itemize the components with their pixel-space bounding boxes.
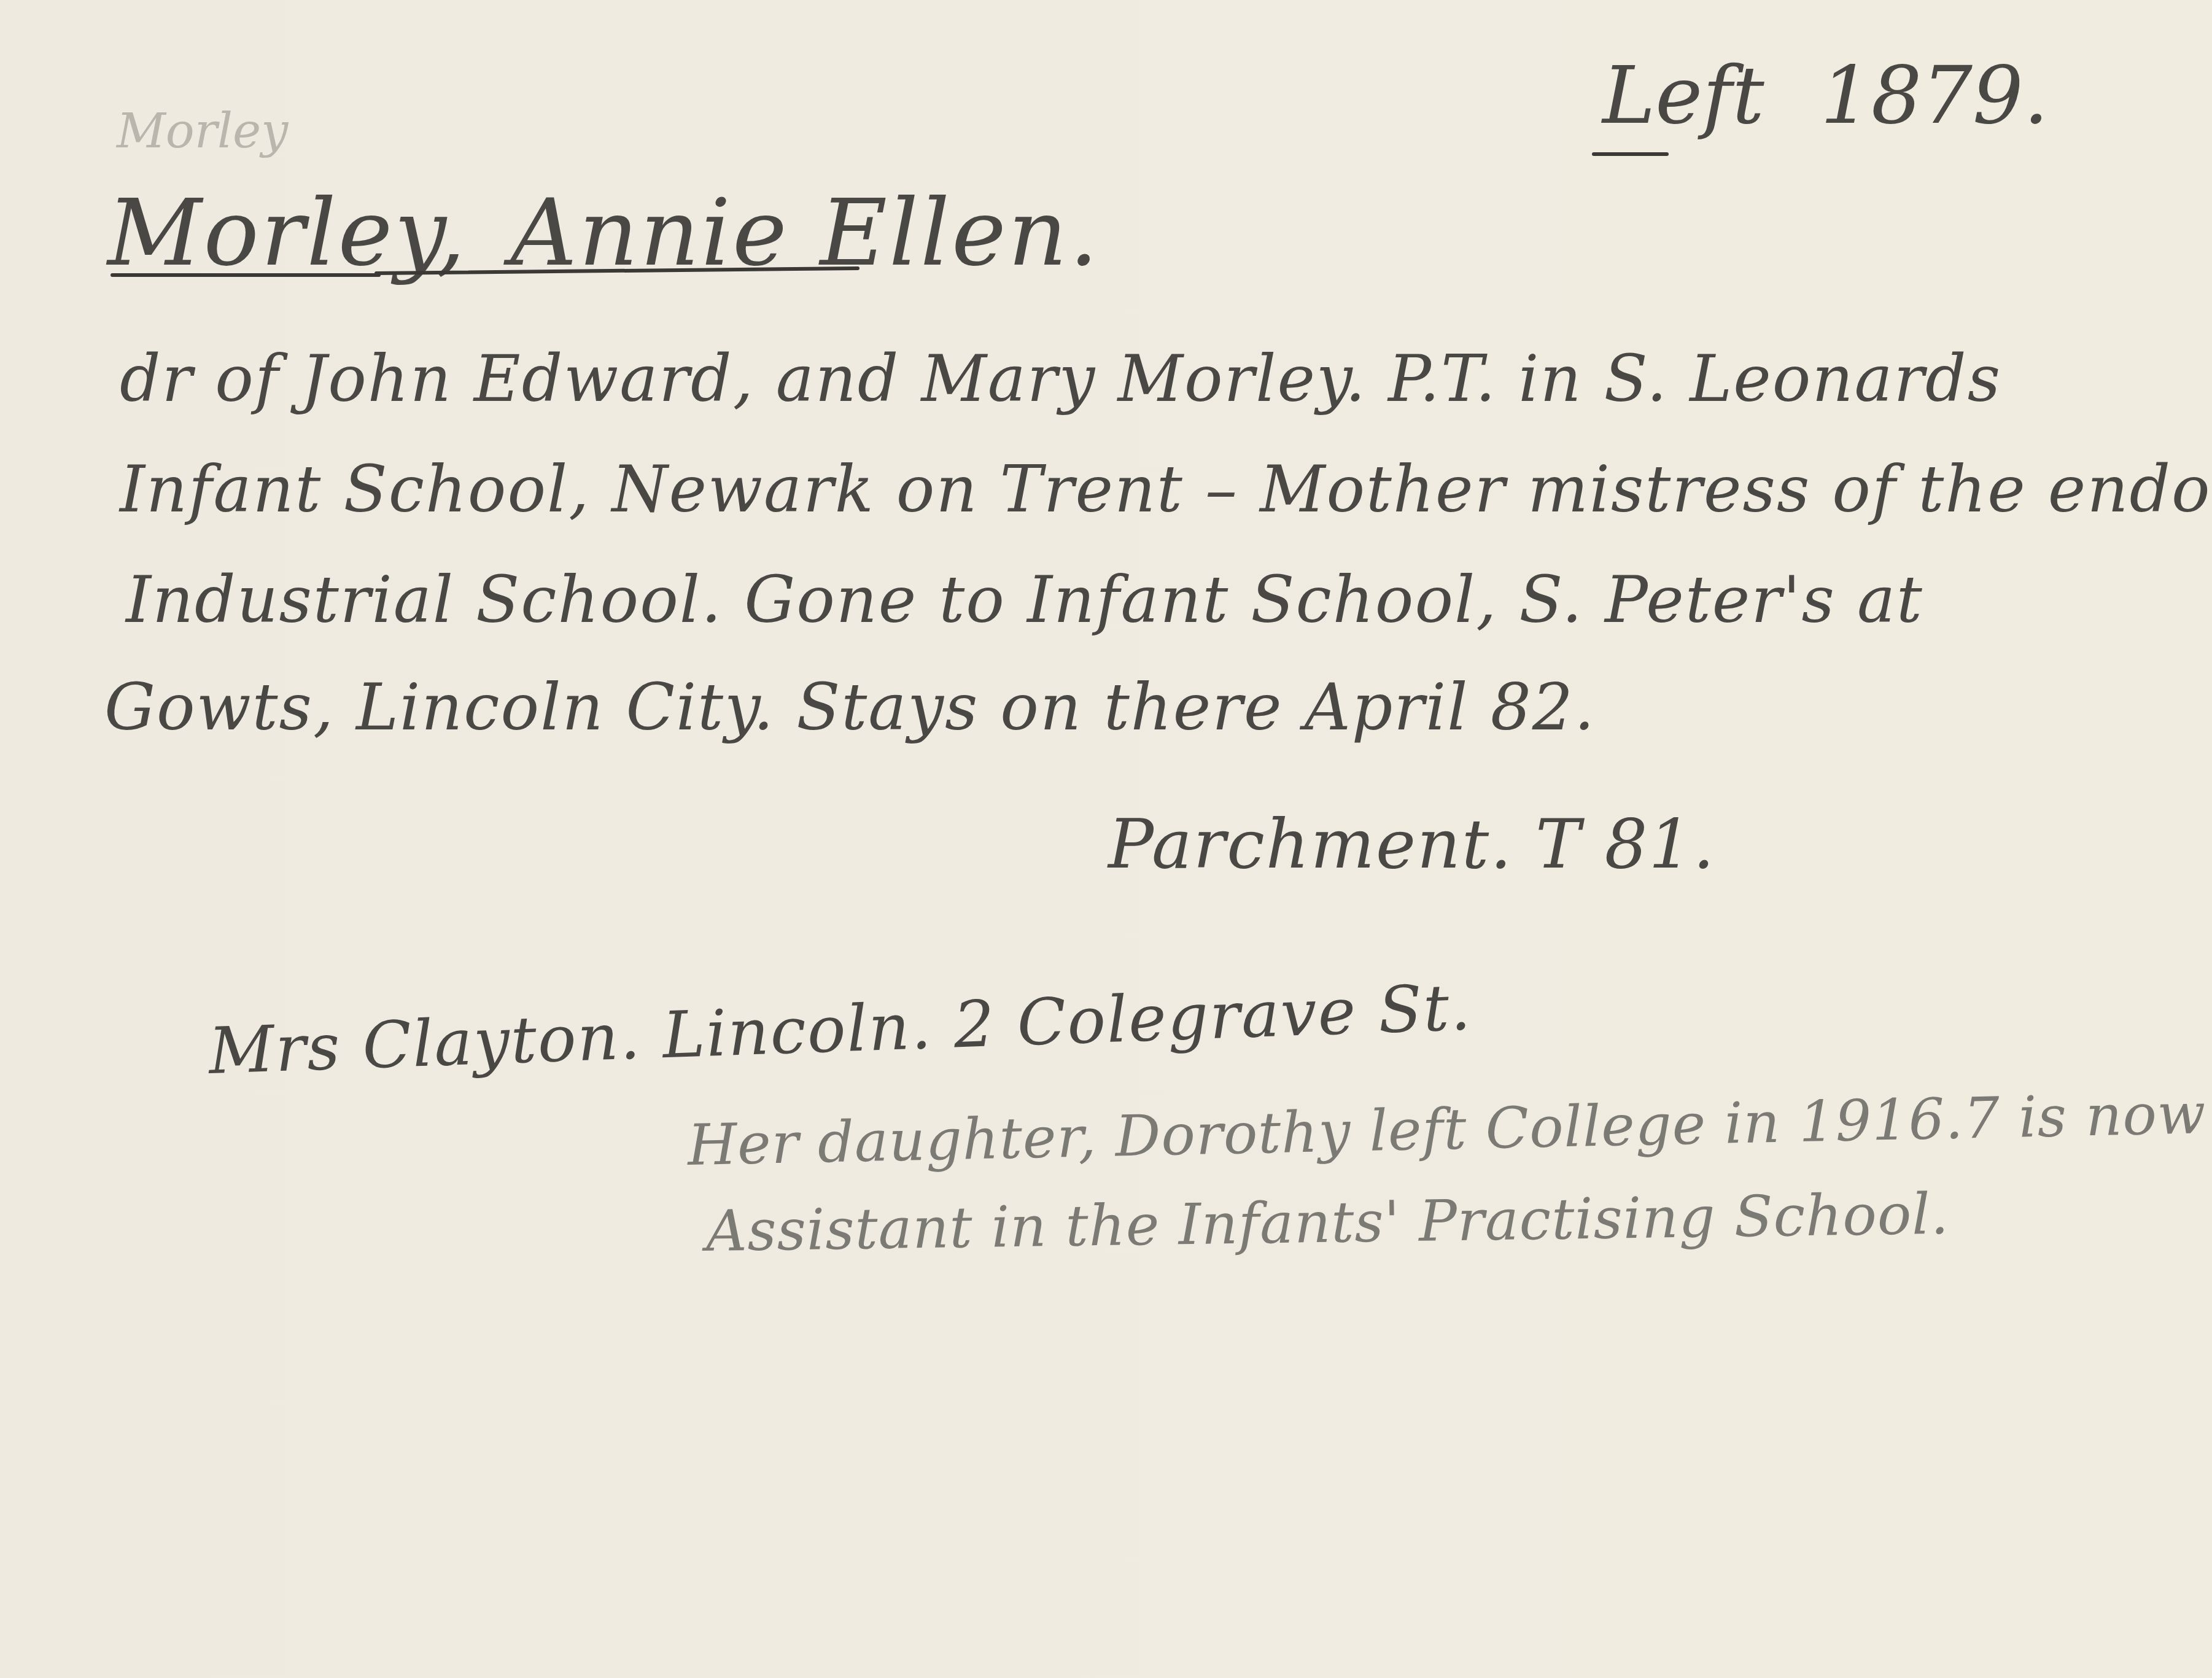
record-line-1: dr of John Edward, and Mary Morley. P.T.… [120,347,2001,411]
surname: Morley [107,180,436,287]
archive-record-page: Morley Left 1879. Morley, Annie Ellen. d… [0,0,2212,1678]
left-date-label: Left 1879. [1602,55,2049,135]
surname-underline [111,273,381,277]
addendum-line-2: Assistant in the Infants' Practising Sch… [705,1186,1949,1260]
married-name-address: Mrs Clayton. Lincoln. 2 Colegrave St. [208,975,1473,1083]
left-year: 1879. [1820,49,2049,142]
addendum-line-1: Her daughter, Dorothy left College in 19… [687,1086,2206,1174]
entry-name-heading: Morley, Annie Ellen. [107,187,1100,279]
record-line-3: Industrial School. Gone to Infant School… [126,568,1923,632]
certificate-note: Parchment. T 81. [1108,810,1715,878]
left-label: Left [1602,49,1764,142]
date-underline [1592,152,1669,156]
pencil-surname-annotation: Morley [117,107,288,155]
record-line-2: Infant School, Newark on Trent – Mother … [120,457,2212,521]
record-line-4: Gowts, Lincoln City. Stays on there Apri… [104,675,1596,739]
